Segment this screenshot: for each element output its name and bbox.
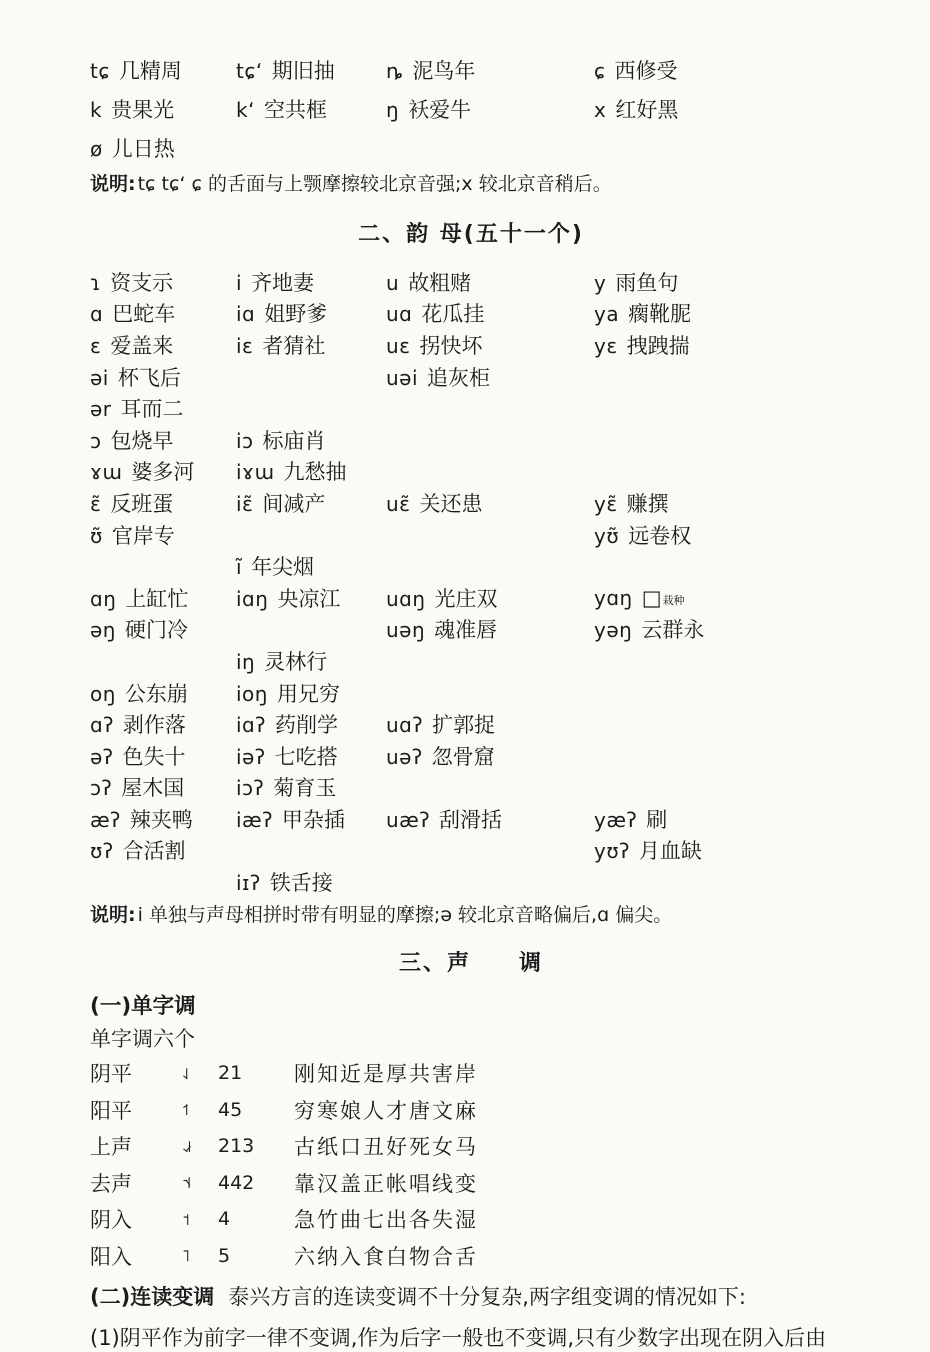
syllable-row: ər耳而二	[90, 392, 852, 424]
tone-row: 去声˦˦˨442靠汉盖正帐唱线变	[90, 1164, 852, 1201]
syllable-cell: ʊʔ合活割	[90, 835, 236, 865]
syllable-cell: əi杯飞后	[90, 362, 236, 392]
example-characters: 齐地妻	[251, 267, 314, 297]
syllable-row: ɑŋ上缸忙iɑŋ央凉江uɑŋ光庄双yɑŋ□栽种	[90, 582, 852, 614]
syllable-cell: uəŋ魂准唇	[386, 614, 594, 644]
syllable-cell: iæʔ甲杂插	[236, 804, 386, 834]
syllable-cell: uæʔ刮滑括	[386, 804, 594, 834]
syllable-cell: x红好黑	[594, 94, 852, 124]
example-characters: 色失十	[123, 741, 186, 771]
example-characters: 用兄穷	[277, 678, 340, 708]
syllable-cell: k贵果光	[90, 94, 236, 124]
syllable-row: oŋ公东崩ioŋ用兄穷	[90, 677, 852, 709]
example-characters: 药削学	[275, 709, 338, 739]
tone-contour-mark: ˨˩	[182, 1064, 218, 1083]
syllable-cell: yɑŋ□栽种	[594, 586, 852, 610]
example-characters: 菊育玉	[273, 772, 336, 802]
ipa-symbol: əŋ	[90, 618, 116, 642]
tone-sandhi-heading: (二)连读变调	[90, 1285, 214, 1309]
example-characters: 红好黑	[615, 94, 678, 124]
example-characters: 贵果光	[111, 94, 174, 124]
syllable-cell: i齐地妻	[236, 267, 386, 297]
example-characters: 扩郭捉	[432, 709, 495, 739]
syllable-cell: ɛ爱盖来	[90, 330, 236, 360]
ipa-symbol: ɕ	[594, 59, 606, 83]
example-characters: 屋木国	[121, 772, 184, 802]
tone-contour-mark: ˦˦˨	[182, 1173, 218, 1192]
syllable-row: iŋ灵林行	[90, 645, 852, 677]
ipa-symbol: yəŋ	[594, 618, 632, 642]
syllable-cell: uɑŋ光庄双	[386, 583, 594, 613]
syllable-cell: uəʔ忽骨窟	[386, 741, 594, 771]
syllable-cell: ɑ巴蛇车	[90, 298, 236, 328]
ipa-symbol: ɤɯ	[90, 460, 122, 484]
ipa-symbol: tɕʻ	[236, 59, 263, 83]
syllable-cell: ɔ包烧早	[90, 425, 236, 455]
ipa-symbol: ɛ̃	[90, 492, 101, 516]
syllable-cell: yæʔ刷	[594, 804, 852, 834]
syllable-cell: kʻ空共框	[236, 94, 386, 124]
syllable-row: ɛ爱盖来iɛ者猜社uɛ拐快坏yɛ拽跩揣	[90, 329, 852, 361]
tone-pitch-value: 442	[218, 1172, 294, 1194]
example-characters: 甲杂插	[282, 804, 345, 834]
syllable-cell: əŋ硬门冷	[90, 614, 236, 644]
syllable-row: ɔʔ屋木国iɔʔ菊育玉	[90, 772, 852, 804]
ipa-symbol: ĩ	[236, 555, 242, 579]
tone-name: 阴平	[90, 1058, 182, 1088]
ipa-symbol: uɛ	[386, 334, 411, 358]
note-label: 说明:	[90, 173, 136, 195]
syllable-cell: ȵ泥鸟年	[386, 55, 594, 85]
ipa-symbol: iɑŋ	[236, 587, 268, 611]
syllable-cell: ø儿日热	[90, 133, 236, 163]
tone-example-characters: 穷寒娘人才唐文麻	[294, 1095, 852, 1125]
syllable-row: ɤɯ婆多河iɤɯ九愁抽	[90, 456, 852, 488]
tone-example-characters: 六纳入食白物合舌	[294, 1241, 852, 1271]
example-characters: 包烧早	[111, 425, 174, 455]
example-characters: 西修受	[615, 55, 678, 85]
tone-pitch-value: 213	[218, 1135, 294, 1157]
ipa-symbol: ər	[90, 397, 112, 421]
example-characters: 巴蛇车	[112, 298, 175, 328]
syllable-row: k贵果光kʻ空共框ŋ袄爱牛x红好黑	[90, 89, 852, 128]
syllable-cell: yʊ̃远卷权	[594, 520, 852, 550]
ipa-symbol: ŋ	[386, 98, 399, 122]
tone-name: 上声	[90, 1131, 182, 1161]
example-characters: 花瓜挂	[421, 298, 484, 328]
ipa-symbol: ya	[594, 302, 619, 326]
gloss-characters: 栽种	[663, 592, 685, 610]
monosyllabic-tone-heading: (一)单字调	[90, 991, 852, 1023]
syllable-cell: tɕ几精周	[90, 55, 236, 85]
ipa-symbol: uæʔ	[386, 808, 430, 832]
example-characters: 期旧抽	[272, 55, 335, 85]
syllable-cell: iɪʔ铁舌接	[236, 867, 386, 897]
tone-pitch-value: 45	[218, 1099, 294, 1121]
syllable-row: ɔ包烧早iɔ标庙肖	[90, 424, 852, 456]
syllable-cell: ĩ年尖烟	[236, 551, 386, 581]
tone-name: 阳平	[90, 1095, 182, 1125]
example-characters: 耳而二	[121, 393, 184, 423]
tone-sandhi-text: 泰兴方言的连读变调不十分复杂,两字组变调的情况如下:	[228, 1285, 746, 1309]
ipa-symbol: iæʔ	[236, 808, 273, 832]
syllable-cell: ɑʔ剥作落	[90, 709, 236, 739]
syllable-cell: iɛ者猜社	[236, 330, 386, 360]
ipa-symbol: oŋ	[90, 682, 116, 706]
syllable-cell: ər耳而二	[90, 393, 236, 423]
ipa-symbol: u	[386, 271, 399, 295]
ipa-symbol: iɪʔ	[236, 871, 261, 895]
tones-table: 阴平˨˩21刚知近是厚共害岸阳平˦˥45穷寒娘人才唐文麻上声˨˩˧213古纸口丑…	[90, 1055, 852, 1274]
tone-contour-mark: ˦	[182, 1210, 218, 1229]
ipa-symbol: əi	[90, 366, 109, 390]
ipa-symbol: ɑŋ	[90, 587, 116, 611]
ipa-symbol: iɛ	[236, 334, 253, 358]
syllable-cell: y雨鱼句	[594, 267, 852, 297]
ipa-symbol: x	[594, 98, 606, 122]
syllable-cell: uɑʔ扩郭捉	[386, 709, 594, 739]
ipa-symbol: ɑʔ	[90, 713, 114, 737]
example-characters: 间减产	[262, 488, 325, 518]
ipa-symbol: uəi	[386, 366, 418, 390]
example-characters: 雨鱼句	[615, 267, 678, 297]
ipa-symbol: y	[594, 271, 606, 295]
example-characters: 七吃搭	[275, 741, 338, 771]
ipa-symbol: uəʔ	[386, 745, 423, 769]
example-characters: 铁舌接	[270, 867, 333, 897]
ipa-symbol: uɑʔ	[386, 713, 423, 737]
ipa-symbol: yɛ	[594, 334, 618, 358]
example-characters: 硬门冷	[125, 614, 188, 644]
tone-row: 阳平˦˥45穷寒娘人才唐文麻	[90, 1091, 852, 1128]
note-text: i 单独与声母相拼时带有明显的摩擦;ə 较北京音略偏后,ɑ 偏尖。	[138, 904, 673, 926]
syllable-cell: æʔ辣夹鸭	[90, 804, 236, 834]
tone-contour-mark: ˨˩˧	[182, 1137, 218, 1156]
tone-name: 阳入	[90, 1241, 182, 1271]
ipa-symbol: iɔʔ	[236, 776, 264, 800]
monosyllabic-tone-subtitle: 单字调六个	[90, 1023, 852, 1055]
ipa-symbol: uɑ	[386, 302, 412, 326]
example-characters: 拐快坏	[420, 330, 483, 360]
tone-example-characters: 刚知近是厚共害岸	[294, 1058, 852, 1088]
example-characters: 空共框	[264, 94, 327, 124]
syllable-cell: iɑ姐野爹	[236, 298, 386, 328]
initials-note: 说明:tɕ tɕʻ ɕ 的舌面与上颚摩擦较北京音强;x 较北京音稍后。	[90, 171, 852, 198]
example-characters: 婆多河	[131, 456, 194, 486]
ipa-symbol: yɑŋ	[594, 586, 633, 610]
syllable-cell: uɑ花瓜挂	[386, 298, 594, 328]
syllable-row: ɿ资支示i齐地妻u故粗赌y雨鱼句	[90, 266, 852, 298]
tone-pitch-value: 4	[218, 1208, 294, 1230]
ipa-symbol: uɑŋ	[386, 587, 426, 611]
syllable-cell: əʔ色失十	[90, 741, 236, 771]
ipa-symbol: ɔʔ	[90, 776, 112, 800]
syllable-row: əʔ色失十iəʔ七吃搭uəʔ忽骨窟	[90, 740, 852, 772]
syllable-row: ʊ̃官岸专yʊ̃远卷权	[90, 519, 852, 551]
example-characters: 云群永	[641, 614, 704, 644]
tone-pitch-value: 5	[218, 1245, 294, 1267]
example-characters: 几精周	[119, 55, 182, 85]
ipa-symbol: iəʔ	[236, 745, 266, 769]
tone-example-characters: 靠汉盖正帐唱线变	[294, 1168, 852, 1198]
tone-sandhi-item-1: (1)阴平作为前字一律不变调,作为后字一般也不变调,只有少数字出现在阴入后由	[90, 1321, 852, 1352]
ipa-symbol: uɛ̃	[386, 492, 411, 516]
example-characters: 九愁抽	[283, 456, 346, 486]
tone-pitch-value: 21	[218, 1062, 294, 1084]
ipa-symbol: ɔ	[90, 429, 102, 453]
example-characters: 爱盖来	[110, 330, 173, 360]
example-characters: 央凉江	[277, 583, 340, 613]
syllable-row: iɪʔ铁舌接	[90, 866, 852, 898]
example-characters: 合活割	[123, 835, 186, 865]
example-characters: 公东崩	[125, 678, 188, 708]
syllable-cell: yəŋ云群永	[594, 614, 852, 644]
syllable-row: əŋ硬门冷uəŋ魂准唇yəŋ云群永	[90, 614, 852, 646]
initials-grid: tɕ几精周tɕʻ期旧抽ȵ泥鸟年ɕ西修受k贵果光kʻ空共框ŋ袄爱牛x红好黑ø儿日热	[90, 50, 852, 167]
syllable-cell: iɔʔ菊育玉	[236, 772, 386, 802]
tone-name: 去声	[90, 1168, 182, 1198]
ipa-symbol: iɑʔ	[236, 713, 266, 737]
example-characters: 者猜社	[262, 330, 325, 360]
syllable-cell: tɕʻ期旧抽	[236, 55, 386, 85]
example-characters: 泥鸟年	[412, 55, 475, 85]
syllable-cell: ioŋ用兄穷	[236, 678, 386, 708]
ipa-symbol: yæʔ	[594, 808, 637, 832]
tone-contour-mark: ˦˥	[182, 1100, 218, 1119]
tone-sandhi-paragraph: (二)连读变调泰兴方言的连读变调不十分复杂,两字组变调的情况如下:	[90, 1280, 852, 1315]
example-characters: 反班蛋	[110, 488, 173, 518]
ipa-symbol: i	[236, 271, 242, 295]
example-characters: □	[642, 586, 662, 610]
note-text: tɕ tɕʻ ɕ 的舌面与上颚摩擦较北京音强;x 较北京音稍后。	[138, 173, 612, 195]
tone-row: 阴平˨˩21刚知近是厚共害岸	[90, 1055, 852, 1092]
syllable-row: əi杯飞后uəi追灰柜	[90, 361, 852, 393]
ipa-symbol: æʔ	[90, 808, 121, 832]
syllable-cell: iɑŋ央凉江	[236, 583, 386, 613]
example-characters: 标庙肖	[263, 425, 326, 455]
ipa-symbol: ʊ̃	[90, 524, 103, 548]
syllable-cell: uɛ̃关还患	[386, 488, 594, 518]
syllable-cell: ɔʔ屋木国	[90, 772, 236, 802]
syllable-row: ø儿日热	[90, 128, 852, 167]
ipa-symbol: yɛ̃	[594, 492, 618, 516]
example-characters: 杯飞后	[118, 362, 181, 392]
syllable-row: ĩ年尖烟	[90, 550, 852, 582]
ipa-symbol: ɑ	[90, 302, 103, 326]
note-label: 说明:	[90, 904, 136, 926]
example-characters: 瘸靴胒	[628, 298, 691, 328]
syllable-cell: ya瘸靴胒	[594, 298, 852, 328]
syllable-cell: iɤɯ九愁抽	[236, 456, 386, 486]
ipa-symbol: iɛ̃	[236, 492, 253, 516]
syllable-cell: iɔ标庙肖	[236, 425, 386, 455]
example-characters: 拽跩揣	[627, 330, 690, 360]
syllable-cell: ŋ袄爱牛	[386, 94, 594, 124]
ipa-symbol: tɕ	[90, 59, 110, 83]
ipa-symbol: yʊ̃	[594, 524, 619, 548]
tone-row: 上声˨˩˧213古纸口丑好死女马	[90, 1128, 852, 1165]
ipa-symbol: k	[90, 98, 102, 122]
tone-row: 阳入˥5六纳入食白物合舌	[90, 1237, 852, 1274]
tone-name: 阴入	[90, 1204, 182, 1234]
rhymes-note: 说明:i 单独与声母相拼时带有明显的摩擦;ə 较北京音略偏后,ɑ 偏尖。	[90, 902, 852, 929]
syllable-cell: yɛ̃赚撰	[594, 488, 852, 518]
syllable-cell: ɿ资支示	[90, 267, 236, 297]
example-characters: 官岸专	[112, 520, 175, 550]
example-characters: 故粗赌	[408, 267, 471, 297]
syllable-cell: iɑʔ药削学	[236, 709, 386, 739]
syllable-cell: ɕ西修受	[594, 55, 852, 85]
ipa-symbol: yʊʔ	[594, 839, 630, 863]
syllable-row: ɛ̃反班蛋iɛ̃间减产uɛ̃关还患yɛ̃赚撰	[90, 487, 852, 519]
tone-example-characters: 急竹曲七出各失湿	[294, 1204, 852, 1234]
scanned-document-page: tɕ几精周tɕʻ期旧抽ȵ泥鸟年ɕ西修受k贵果光kʻ空共框ŋ袄爱牛x红好黑ø儿日热…	[0, 0, 930, 1352]
ipa-symbol: ʊʔ	[90, 839, 114, 863]
tone-example-characters: 古纸口丑好死女马	[294, 1131, 852, 1161]
example-characters: 光庄双	[435, 583, 498, 613]
syllable-cell: oŋ公东崩	[90, 678, 236, 708]
example-characters: 关还患	[420, 488, 483, 518]
ipa-symbol: ȵ	[386, 59, 403, 83]
syllable-cell: yɛ拽跩揣	[594, 330, 852, 360]
ipa-symbol: ɿ	[90, 271, 101, 295]
rhymes-grid: ɿ资支示i齐地妻u故粗赌y雨鱼句ɑ巴蛇车iɑ姐野爹uɑ花瓜挂ya瘸靴胒ɛ爱盖来i…	[90, 266, 852, 898]
tone-contour-mark: ˥	[182, 1246, 218, 1265]
example-characters: 远卷权	[628, 520, 691, 550]
example-characters: 袄爱牛	[408, 94, 471, 124]
syllable-cell: ɑŋ上缸忙	[90, 583, 236, 613]
example-characters: 上缸忙	[125, 583, 188, 613]
syllable-row: tɕ几精周tɕʻ期旧抽ȵ泥鸟年ɕ西修受	[90, 50, 852, 89]
example-characters: 灵林行	[264, 646, 327, 676]
syllable-cell: yʊʔ月血缺	[594, 835, 852, 865]
example-characters: 追灰柜	[427, 362, 490, 392]
ipa-symbol: əʔ	[90, 745, 114, 769]
syllable-cell: uəi追灰柜	[386, 362, 594, 392]
ipa-symbol: iŋ	[236, 650, 255, 674]
syllable-cell: iŋ灵林行	[236, 646, 386, 676]
ipa-symbol: iɤɯ	[236, 460, 274, 484]
rhymes-section-title: 二、韵 母(五十一个)	[90, 220, 852, 250]
example-characters: 刷	[646, 804, 667, 834]
ipa-symbol: ioŋ	[236, 682, 268, 706]
example-characters: 刮滑括	[439, 804, 502, 834]
ipa-symbol: kʻ	[236, 98, 255, 122]
example-characters: 儿日热	[112, 133, 175, 163]
example-characters: 忽骨窟	[432, 741, 495, 771]
ipa-symbol: uəŋ	[386, 618, 425, 642]
example-characters: 姐野爹	[264, 298, 327, 328]
example-characters: 月血缺	[639, 835, 702, 865]
syllable-row: ʊʔ合活割yʊʔ月血缺	[90, 835, 852, 867]
ipa-symbol: iɑ	[236, 302, 255, 326]
tones-section-title: 三、声 调	[90, 949, 852, 979]
example-characters: 辣夹鸭	[130, 804, 193, 834]
syllable-cell: u故粗赌	[386, 267, 594, 297]
ipa-symbol: ɛ	[90, 334, 101, 358]
example-characters: 年尖烟	[251, 551, 314, 581]
example-characters: 剥作落	[123, 709, 186, 739]
syllable-cell: ʊ̃官岸专	[90, 520, 236, 550]
syllable-cell: iɛ̃间减产	[236, 488, 386, 518]
syllable-cell: iəʔ七吃搭	[236, 741, 386, 771]
syllable-row: æʔ辣夹鸭iæʔ甲杂插uæʔ刮滑括yæʔ刷	[90, 803, 852, 835]
syllable-row: ɑ巴蛇车iɑ姐野爹uɑ花瓜挂ya瘸靴胒	[90, 298, 852, 330]
ipa-symbol: iɔ	[236, 429, 254, 453]
syllable-cell: uɛ拐快坏	[386, 330, 594, 360]
example-characters: 资支示	[110, 267, 173, 297]
syllable-cell: ɛ̃反班蛋	[90, 488, 236, 518]
example-characters: 赚撰	[627, 488, 669, 518]
syllable-cell: ɤɯ婆多河	[90, 456, 236, 486]
example-characters: 魂准唇	[434, 614, 497, 644]
ipa-symbol: ø	[90, 137, 103, 161]
tone-row: 阴入˦4急竹曲七出各失湿	[90, 1201, 852, 1238]
syllable-row: ɑʔ剥作落iɑʔ药削学uɑʔ扩郭捉	[90, 708, 852, 740]
